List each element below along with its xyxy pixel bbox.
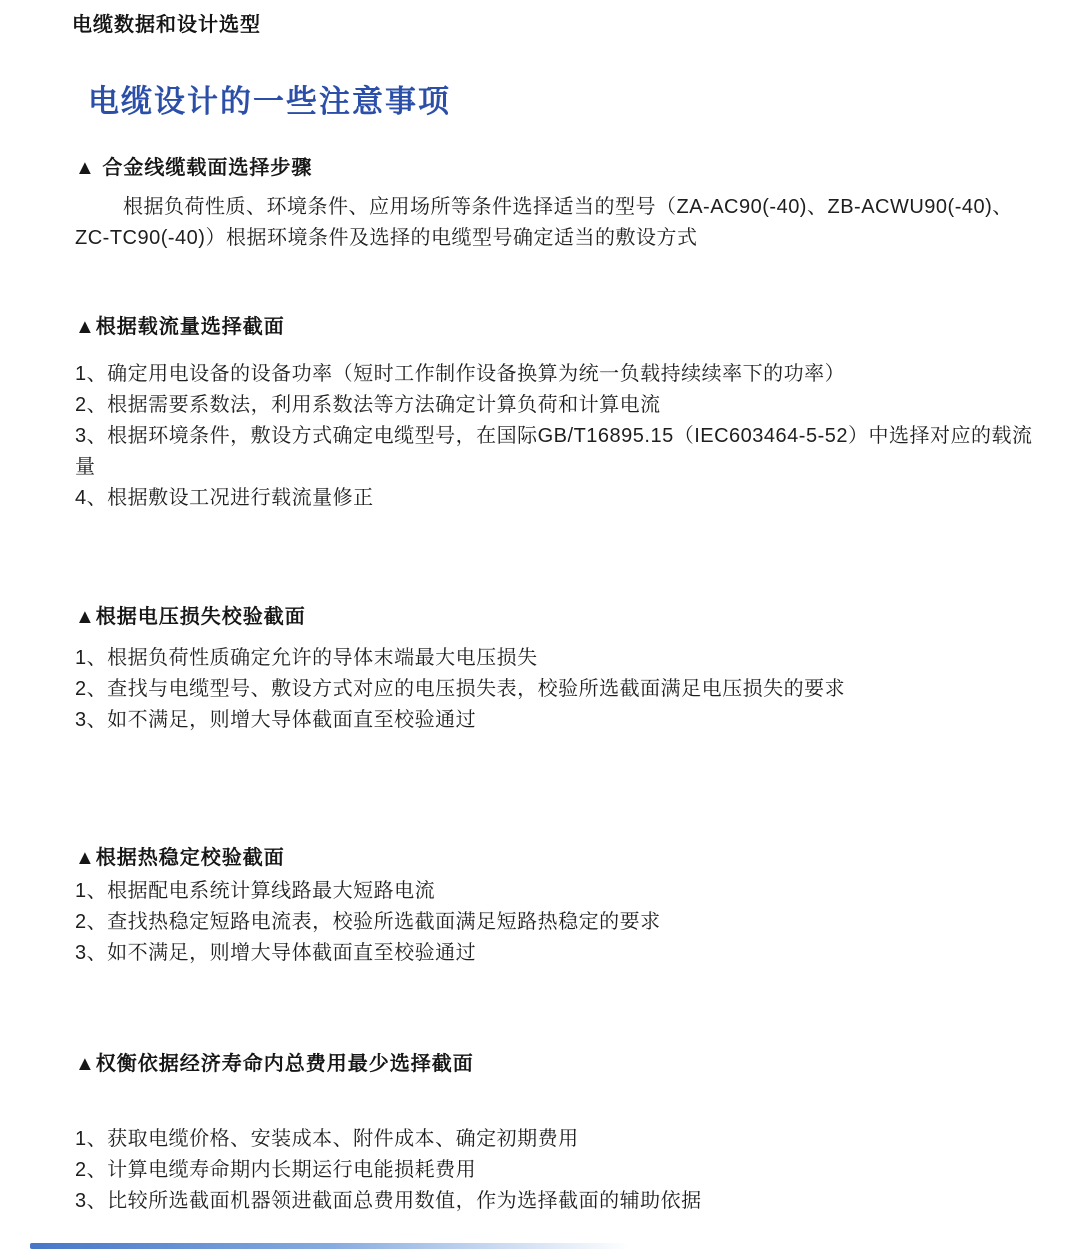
section-paragraph: 根据负荷性质、环境条件、应用场所等条件选择适当的型号（ZA-AC90(-40)、… xyxy=(75,192,1041,254)
list-item: 2、查找热稳定短路电流表，校验所选截面满足短路热稳定的要求 xyxy=(75,907,1041,938)
section-verify-by-voltage-loss: ▲根据电压损失校验截面 1、根据负荷性质确定允许的导体末端最大电压损失 2、查找… xyxy=(75,602,1041,736)
list-item: 1、根据负荷性质确定允许的导体末端最大电压损失 xyxy=(75,643,1041,674)
footer-gradient-bar xyxy=(30,1243,630,1249)
section-item-list: 1、根据配电系统计算线路最大短路电流 2、查找热稳定短路电流表，校验所选截面满足… xyxy=(75,876,1041,969)
section-verify-by-thermal-stability: ▲根据热稳定校验截面 1、根据配电系统计算线路最大短路电流 2、查找热稳定短路电… xyxy=(75,843,1041,969)
list-item: 2、计算电缆寿命期内长期运行电能损耗费用 xyxy=(75,1155,1041,1186)
section-heading: ▲权衡依据经济寿命内总费用最少选择截面 xyxy=(75,1049,1041,1080)
list-item: 4、根据敷设工况进行载流量修正 xyxy=(75,483,1041,514)
list-item: 2、根据需要系数法，利用系数法等方法确定计算负荷和计算电流 xyxy=(75,390,1041,421)
list-item: 3、根据环境条件，敷设方式确定电缆型号，在国际GB/T16895.15（IEC6… xyxy=(75,421,1041,483)
section-select-by-economic-total-cost: ▲权衡依据经济寿命内总费用最少选择截面 1、获取电缆价格、安装成本、附件成本、确… xyxy=(75,1049,1041,1217)
list-item: 3、比较所选截面机器领进截面总费用数值，作为选择截面的辅助依据 xyxy=(75,1186,1041,1217)
section-item-list: 1、确定用电设备的设备功率（短时工作制作设备换算为统一负载持续续率下的功率） 2… xyxy=(75,359,1041,514)
list-item: 3、如不满足，则增大导体截面直至校验通过 xyxy=(75,938,1041,969)
list-item: 2、查找与电缆型号、敷设方式对应的电压损失表，校验所选截面满足电压损失的要求 xyxy=(75,674,1041,705)
page-label: 电缆数据和设计选型 xyxy=(72,8,261,37)
section-heading: ▲根据电压损失校验截面 xyxy=(75,602,1041,633)
section-heading: ▲根据热稳定校验截面 xyxy=(75,843,1041,874)
list-item: 1、根据配电系统计算线路最大短路电流 xyxy=(75,876,1041,907)
section-item-list: 1、获取电缆价格、安装成本、附件成本、确定初期费用 2、计算电缆寿命期内长期运行… xyxy=(75,1124,1041,1217)
list-item: 3、如不满足，则增大导体截面直至校验通过 xyxy=(75,705,1041,736)
section-alloy-cable-selection-steps: ▲ 合金线缆载面选择步骤 根据负荷性质、环境条件、应用场所等条件选择适当的型号（… xyxy=(75,153,1041,254)
list-item: 1、确定用电设备的设备功率（短时工作制作设备换算为统一负载持续续率下的功率） xyxy=(75,359,1041,390)
section-heading: ▲根据载流量选择截面 xyxy=(75,312,1041,343)
list-item: 1、获取电缆价格、安装成本、附件成本、确定初期费用 xyxy=(75,1124,1041,1155)
section-item-list: 1、根据负荷性质确定允许的导体末端最大电压损失 2、查找与电缆型号、敷设方式对应… xyxy=(75,643,1041,736)
section-heading: ▲ 合金线缆载面选择步骤 xyxy=(75,153,1041,184)
section-select-by-ampacity: ▲根据载流量选择截面 1、确定用电设备的设备功率（短时工作制作设备换算为统一负载… xyxy=(75,312,1041,514)
page-title: 电缆设计的一些注意事项 xyxy=(88,76,451,121)
